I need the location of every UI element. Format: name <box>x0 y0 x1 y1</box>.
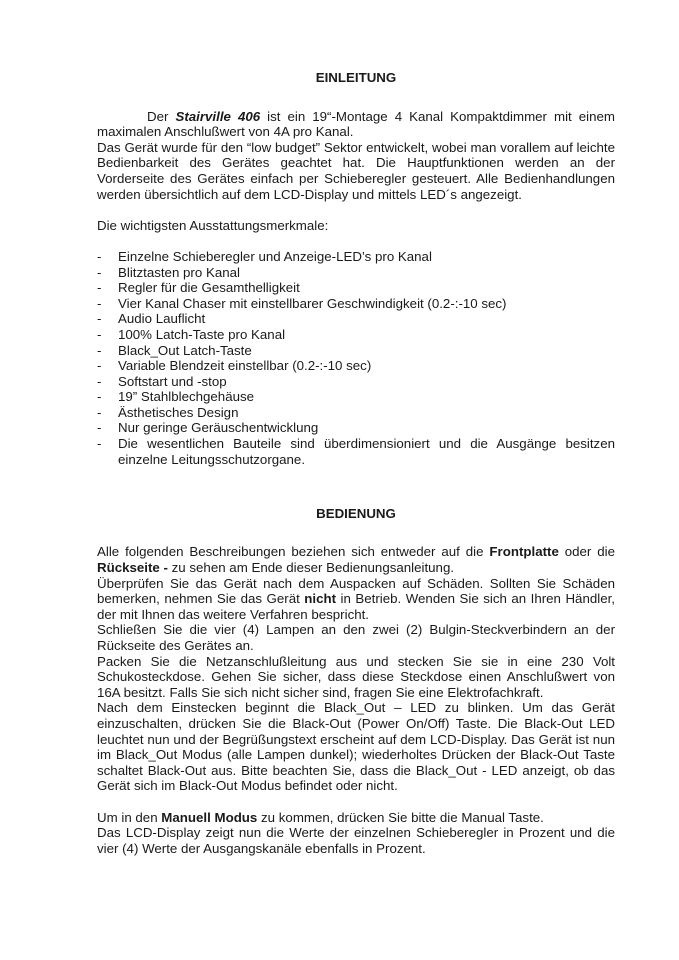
features-list: -Einzelne Schieberegler und Anzeige-LED’… <box>97 249 615 467</box>
bullet-dash: - <box>97 358 101 374</box>
bullet-dash: - <box>97 249 101 265</box>
feature-text: Blitztasten pro Kanal <box>118 265 240 280</box>
feature-text: Black_Out Latch-Taste <box>118 343 252 358</box>
feature-item: -Die wesentlichen Bauteile sind überdime… <box>97 436 615 467</box>
bullet-dash: - <box>97 420 101 436</box>
feature-item: -Audio Lauflicht <box>97 311 615 327</box>
feature-item: -Variable Blendzeit einstellbar (0.2-:-1… <box>97 358 615 374</box>
bullet-dash: - <box>97 265 101 281</box>
feature-item: -Regler für die Gesamthelligkeit <box>97 280 615 296</box>
bullet-dash: - <box>97 389 101 405</box>
heading-bedienung: BEDIENUNG <box>97 506 615 522</box>
bedienung-paragraph-1: Alle folgenden Beschreibungen beziehen s… <box>97 544 615 575</box>
bullet-dash: - <box>97 343 101 359</box>
frontplatte-term: Frontplatte <box>489 544 558 559</box>
feature-text: Regler für die Gesamthelligkeit <box>118 280 300 295</box>
feature-text: Nur geringe Geräuschentwicklung <box>118 420 318 435</box>
document-page: EINLEITUNG Der Stairville 406 ist ein 19… <box>97 70 615 856</box>
feature-text: Ästhetisches Design <box>118 405 238 420</box>
bullet-dash: - <box>97 327 101 343</box>
intro-paragraph-1: Der Stairville 406 ist ein 19“-Montage 4… <box>97 109 615 140</box>
bedienung-paragraph-6: Um in den Manuell Modus zu kommen, drück… <box>97 810 615 826</box>
feature-item: -Softstart und -stop <box>97 374 615 390</box>
feature-text: Audio Lauflicht <box>118 311 205 326</box>
product-name: Stairville 406 <box>175 109 260 124</box>
manuell-modus-term: Manuell Modus <box>161 810 257 825</box>
feature-item: -Blitztasten pro Kanal <box>97 265 615 281</box>
feature-item: -100% Latch-Taste pro Kanal <box>97 327 615 343</box>
bullet-dash: - <box>97 374 101 390</box>
feature-item: -Einzelne Schieberegler und Anzeige-LED’… <box>97 249 615 265</box>
feature-item: -Ästhetisches Design <box>97 405 615 421</box>
bedienung-paragraph-7: Das LCD-Display zeigt nun die Werte der … <box>97 825 615 856</box>
intro-paragraph-2: Das Gerät wurde für den “low budget” Sek… <box>97 140 615 202</box>
bedienung-paragraph-2: Überprüfen Sie das Gerät nach dem Auspac… <box>97 576 615 623</box>
bullet-dash: - <box>97 311 101 327</box>
feature-text: 100% Latch-Taste pro Kanal <box>118 327 285 342</box>
feature-text: Softstart und -stop <box>118 374 227 389</box>
rueckseite-term: Rückseite - <box>97 560 168 575</box>
bullet-dash: - <box>97 296 101 312</box>
bullet-dash: - <box>97 436 101 452</box>
feature-item: -19” Stahlblechgehäuse <box>97 389 615 405</box>
feature-text: Die wesentlichen Bauteile sind überdimen… <box>118 436 615 467</box>
bullet-dash: - <box>97 280 101 296</box>
feature-item: -Vier Kanal Chaser mit einstellbarer Ges… <box>97 296 615 312</box>
bullet-dash: - <box>97 405 101 421</box>
features-title: Die wichtigsten Ausstattungsmerkmale: <box>97 218 615 234</box>
bedienung-paragraph-4: Packen Sie die Netzanschlußleitung aus u… <box>97 654 615 701</box>
bedienung-paragraph-5: Nach dem Einstecken beginnt die Black_Ou… <box>97 700 615 794</box>
feature-text: Variable Blendzeit einstellbar (0.2-:-10… <box>118 358 371 373</box>
feature-text: 19” Stahlblechgehäuse <box>118 389 254 404</box>
feature-item: -Black_Out Latch-Taste <box>97 343 615 359</box>
feature-item: -Nur geringe Geräuschentwicklung <box>97 420 615 436</box>
bedienung-paragraph-3: Schließen Sie die vier (4) Lampen an den… <box>97 622 615 653</box>
nicht-emphasis: nicht <box>304 591 336 606</box>
feature-text: Vier Kanal Chaser mit einstellbarer Gesc… <box>118 296 507 311</box>
heading-einleitung: EINLEITUNG <box>97 70 615 86</box>
feature-text: Einzelne Schieberegler und Anzeige-LED’s… <box>118 249 432 264</box>
